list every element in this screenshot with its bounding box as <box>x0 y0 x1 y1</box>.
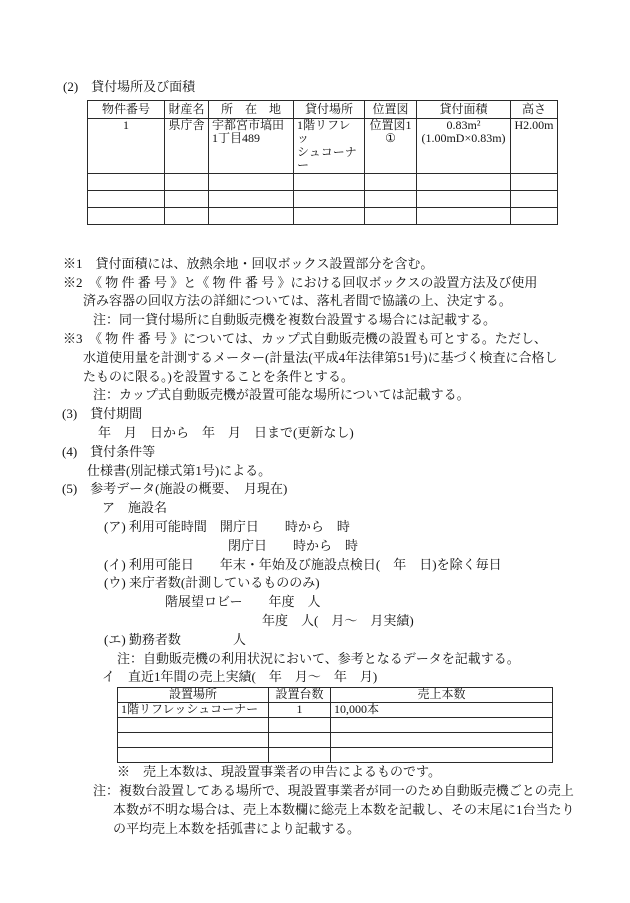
table-row <box>118 733 553 748</box>
header-asset-name: 財産名 <box>165 100 209 118</box>
table-row <box>88 207 558 224</box>
footnote-multiple-units-3: の平均売上本数を括弧書により記載する。 <box>0 820 630 839</box>
cell-empty <box>209 190 294 207</box>
cell-address: 宇都宮市塙田 1丁目489 <box>209 118 294 173</box>
cell-height: H2.00m <box>511 118 558 173</box>
cell-empty <box>365 190 417 207</box>
usage-data-remark-line: 注：自動販売機の利用状況において、参考となるデータを記載する。 <box>0 650 630 669</box>
header-lease-area: 貸付面積 <box>417 100 511 118</box>
cell-empty <box>269 718 331 733</box>
observation-lobby-line: 階展望ロビー 年度 人 <box>0 593 630 612</box>
footnotes-section: ※ 売上本数は、現設置事業者の申告によるものです。 注：複数台設置してある場所で… <box>0 763 630 838</box>
sales-record-table: 設置場所 設置台数 売上本数 1階リフレッシュコーナー 1 10,000本 <box>117 687 553 763</box>
cell-empty <box>294 190 365 207</box>
lease-location-table: 物件番号 財産名 所 在 地 貸付場所 位置図 貸付面積 高さ 1 県庁舎 宇都… <box>87 100 558 225</box>
cell-empty <box>118 718 269 733</box>
header-property-number: 物件番号 <box>88 100 165 118</box>
table-row <box>118 718 553 733</box>
header-installation-place: 設置場所 <box>118 688 269 703</box>
footnote-multiple-units-1: 注：複数台設置してある場所で、現設置事業者が同一のため自動販売機ごとの売上 <box>0 782 630 801</box>
cell-unit-count: 1 <box>269 703 331 718</box>
cell-location-map: 位置図1 ① <box>365 118 417 173</box>
note-line-ref2-remark: 注：同一貸付場所に自動販売機を複数台設置する場合には記載する。 <box>0 311 630 330</box>
section-heading-lease-location: (2) 貸付場所及び面積 <box>0 78 630 97</box>
cell-empty <box>88 207 165 224</box>
document-page: (2) 貸付場所及び面積 物件番号 財産名 所 在 地 貸付場所 位置図 貸付面… <box>0 0 630 903</box>
table-header-row: 設置場所 設置台数 売上本数 <box>118 688 553 703</box>
note-line-ref2: ※2 《 物 件 番 号 》と《 物 件 番 号 》における回収ボックスの設置方… <box>0 274 630 293</box>
note-line-ref1: ※1 貸付面積には、放熱余地・回収ボックス設置部分を含む。 <box>0 255 630 274</box>
subsection-sales-record: イ 直近1年間の売上実績( 年 月～ 年 月) <box>0 668 630 687</box>
cell-empty <box>88 173 165 190</box>
note-line-ref2-cont: 済み容器の回収方法の詳細については、落札者間で協議の上、決定する。 <box>0 292 630 311</box>
note-line-ref3-cont2: たものに限る。)を設置することを条件とする。 <box>0 368 630 387</box>
table-row: 1 県庁舎 宇都宮市塙田 1丁目489 1階リフレッ シュコーナー 位置図1 ①… <box>88 118 558 173</box>
note-line-ref3-cont1: 水道使用量を計測するメーター(計量法(平成4年法律第51号)に基づく検査に合格し <box>0 349 630 368</box>
header-location-map: 位置図 <box>365 100 417 118</box>
cell-empty <box>165 207 209 224</box>
cell-empty <box>511 173 558 190</box>
cell-lease-place: 1階リフレッ シュコーナー <box>294 118 365 173</box>
cell-empty <box>294 173 365 190</box>
notes-section: ※1 貸付面積には、放熱余地・回収ボックス設置部分を含む。 ※2 《 物 件 番… <box>0 255 630 687</box>
cell-empty <box>269 733 331 748</box>
available-hours-closed-line: 閉庁日 時から 時 <box>0 537 630 556</box>
table-header-row: 物件番号 財産名 所 在 地 貸付場所 位置図 貸付面積 高さ <box>88 100 558 118</box>
cell-lease-area: 0.83m² (1.00mD×0.83m) <box>417 118 511 173</box>
cell-empty <box>511 190 558 207</box>
cell-empty <box>417 207 511 224</box>
header-address: 所 在 地 <box>209 100 294 118</box>
cell-empty <box>365 173 417 190</box>
cell-empty <box>118 733 269 748</box>
cell-empty <box>88 190 165 207</box>
cell-asset-name: 県庁舎 <box>165 118 209 173</box>
section-heading-lease-period: (3) 貸付期間 <box>0 405 630 424</box>
subsection-facility-name: ア 施設名 <box>0 499 630 518</box>
fiscal-year-line: 年度 人( 月～ 月実績) <box>0 612 630 631</box>
cell-empty <box>209 207 294 224</box>
visitor-count-line: (ウ) 来庁者数(計測しているもののみ) <box>0 574 630 593</box>
cell-empty <box>331 733 553 748</box>
table-row <box>118 748 553 763</box>
header-sales-volume: 売上本数 <box>331 688 553 703</box>
table-row <box>88 173 558 190</box>
cell-empty <box>417 190 511 207</box>
cell-empty <box>269 748 331 763</box>
footnote-sales-volume-disclaimer: ※ 売上本数は、現設置事業者の申告によるものです。 <box>0 763 630 782</box>
cell-empty <box>165 190 209 207</box>
table-row: 1階リフレッシュコーナー 1 10,000本 <box>118 703 553 718</box>
table-row <box>88 190 558 207</box>
available-hours-open-line: (ア) 利用可能時間 開庁日 時から 時 <box>0 518 630 537</box>
section-heading-reference-data: (5) 参考データ(施設の概要、 月現在) <box>0 480 630 499</box>
cell-empty <box>209 173 294 190</box>
footnote-multiple-units-2: 本数が不明な場合は、売上本数欄に総売上本数を記載し、その末尾に1台当たり <box>0 801 630 820</box>
cell-property-number: 1 <box>88 118 165 173</box>
header-unit-count: 設置台数 <box>269 688 331 703</box>
header-lease-place: 貸付場所 <box>294 100 365 118</box>
header-height: 高さ <box>511 100 558 118</box>
cell-installation-place: 1階リフレッシュコーナー <box>118 703 269 718</box>
cell-empty <box>331 748 553 763</box>
lease-conditions-line: 仕様書(別記様式第1号)による。 <box>0 462 630 481</box>
cell-empty <box>331 718 553 733</box>
cell-empty <box>511 207 558 224</box>
cell-empty <box>165 173 209 190</box>
cell-empty <box>294 207 365 224</box>
section-heading-lease-conditions: (4) 貸付条件等 <box>0 443 630 462</box>
note-line-ref3-remark: 注：カップ式自動販売機が設置可能な場所については記載する。 <box>0 386 630 405</box>
lease-period-blank-line: 年 月 日から 年 月 日まで(更新なし) <box>0 424 630 443</box>
cell-sales-volume: 10,000本 <box>331 703 553 718</box>
available-days-line: (イ) 利用可能日 年末・年始及び施設点検日( 年 日)を除く毎日 <box>0 556 630 575</box>
cell-empty <box>118 748 269 763</box>
note-line-ref3: ※3 《 物 件 番 号 》については、カップ式自動販売機の設置も可とする。ただ… <box>0 330 630 349</box>
cell-empty <box>365 207 417 224</box>
cell-empty <box>417 173 511 190</box>
employee-count-line: (エ) 勤務者数 人 <box>0 631 630 650</box>
